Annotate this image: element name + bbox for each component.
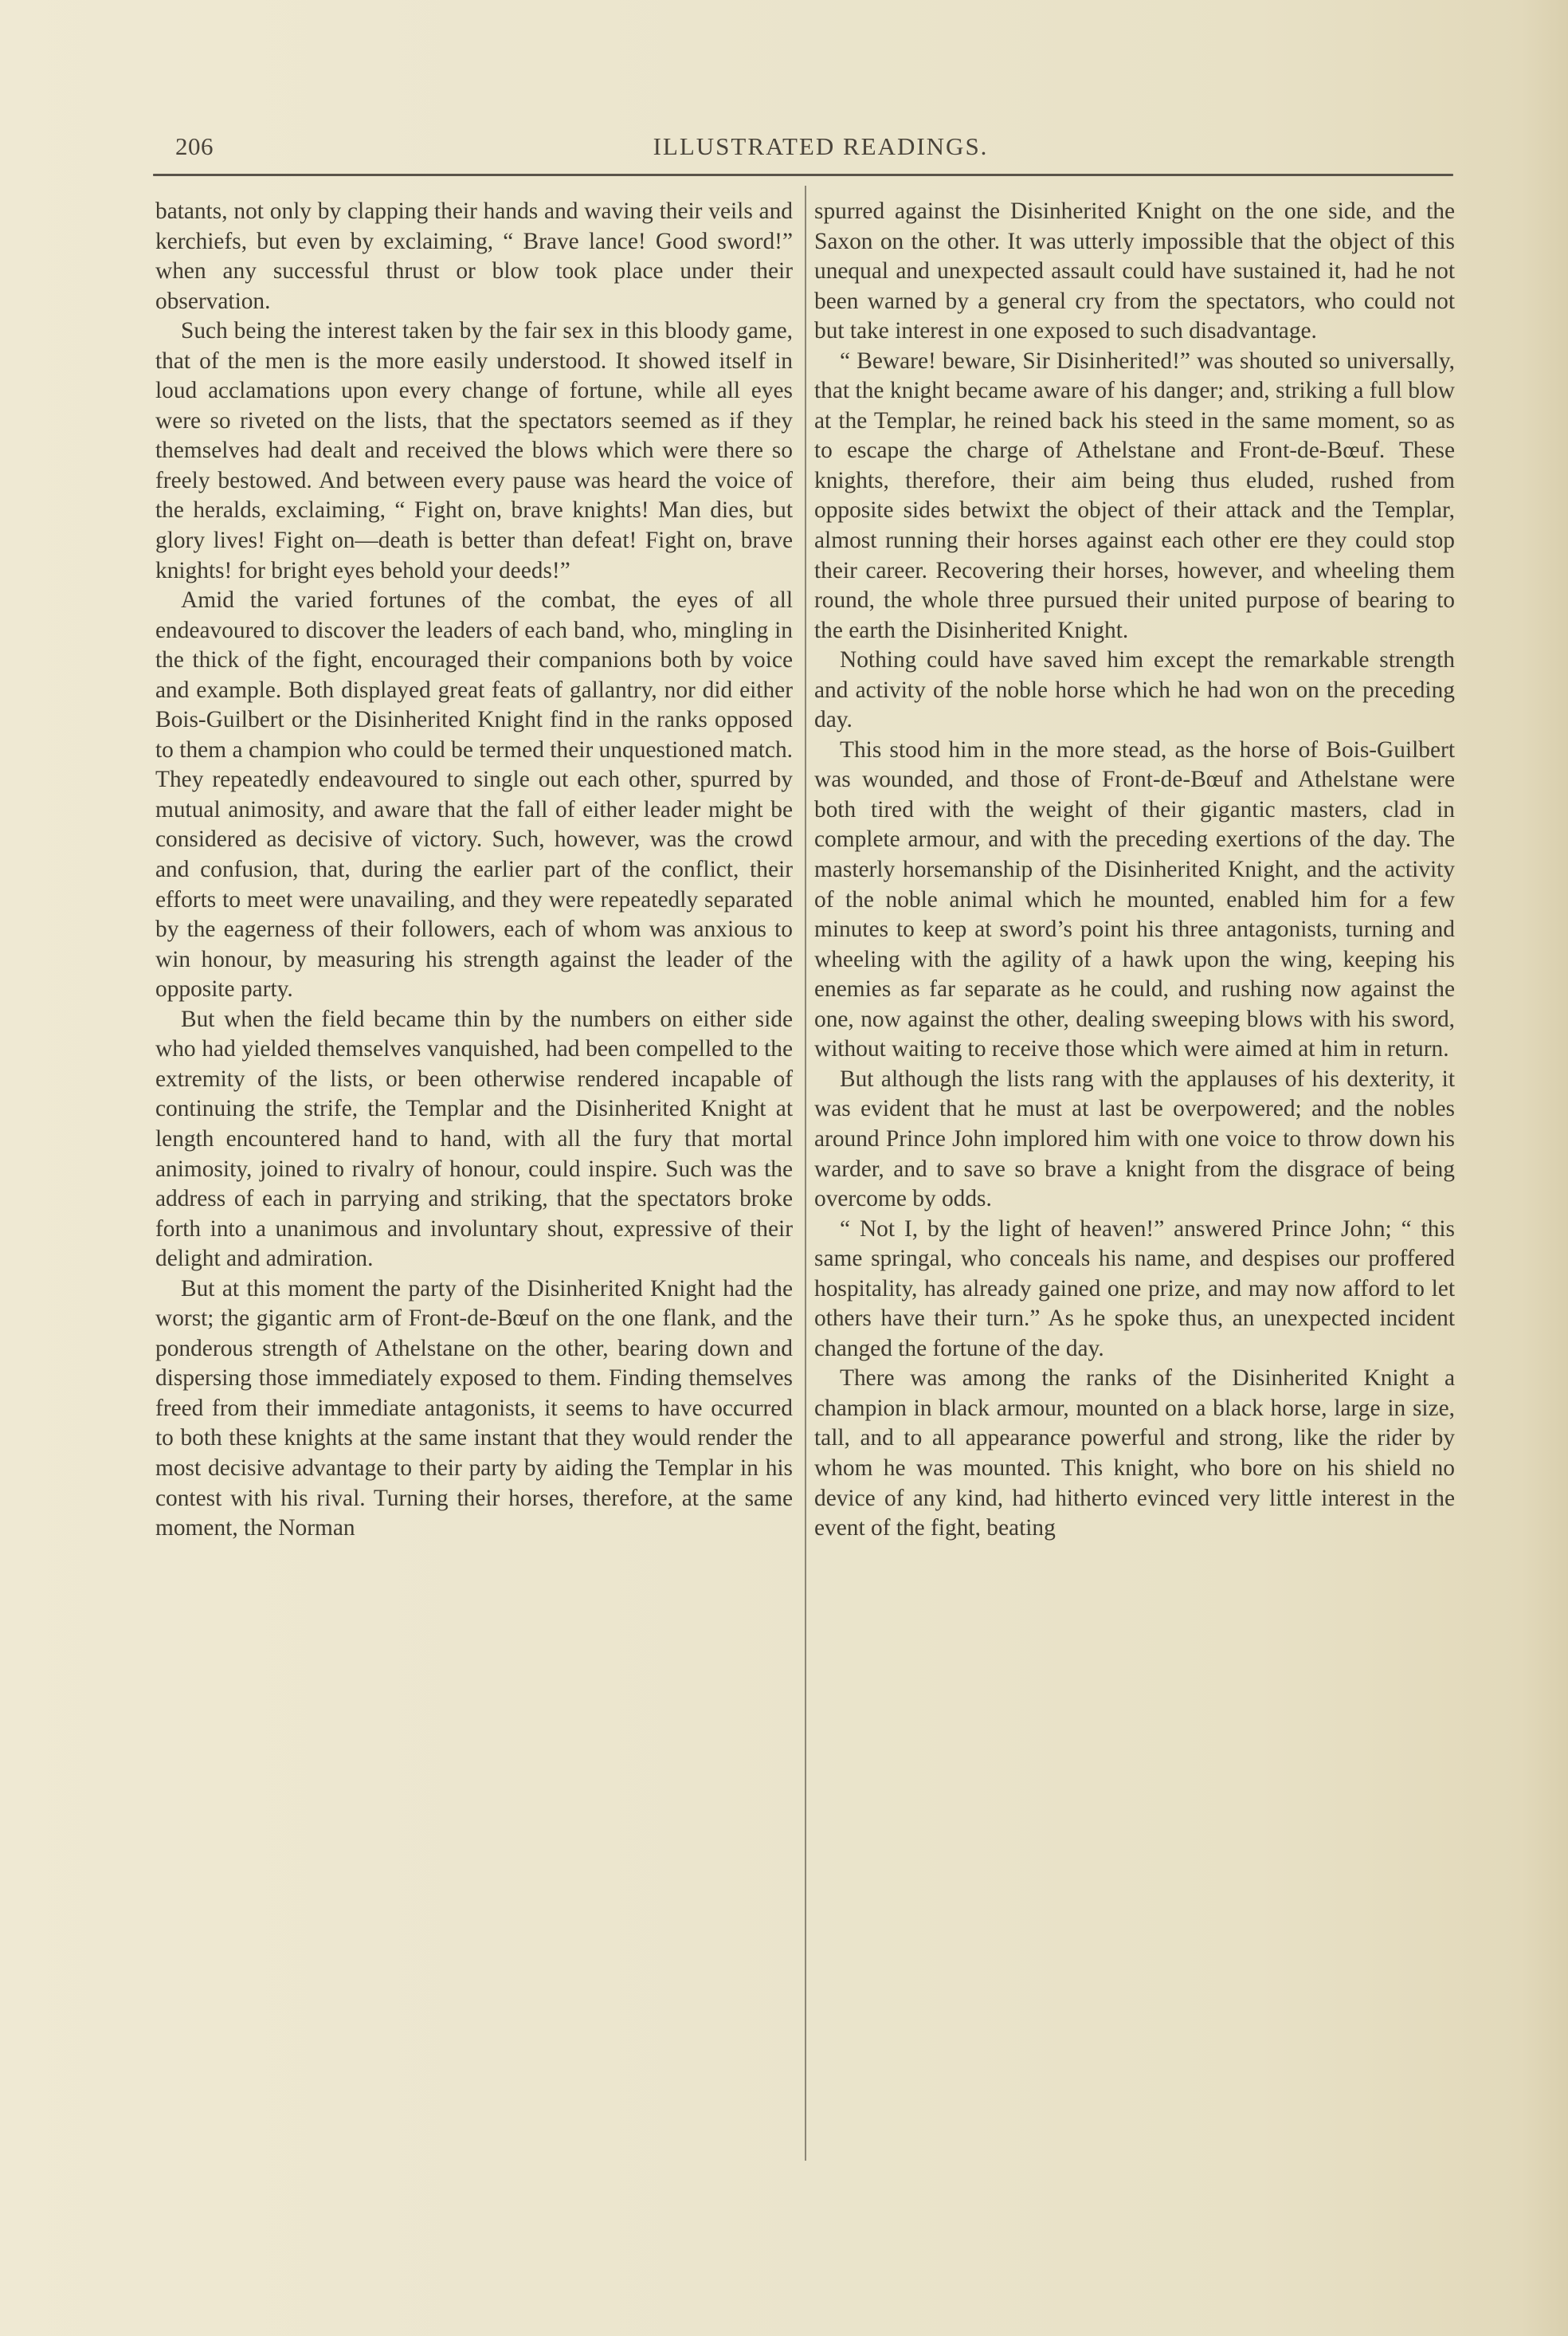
running-title: ILLUSTRATED READINGS. [175,132,1450,161]
paragraph: There was among the ranks of the Disinhe… [814,1364,1455,1543]
column-divider [805,186,806,2161]
paragraph: “ Beware! beware, Sir Disinherited!” was… [814,347,1455,646]
page-header: 206 ILLUSTRATED READINGS. [175,128,1450,166]
right-column: spurred against the Disinherited Knight … [814,197,1455,1544]
left-column: batants, not only by clapping their hand… [155,197,793,1544]
paragraph: But although the lists rang with the app… [814,1065,1455,1215]
paragraph: batants, not only by clapping their hand… [155,197,793,316]
paragraph: Amid the varied fortunes of the combat, … [155,586,793,1005]
paragraph: Nothing could have saved him except the … [814,646,1455,736]
paragraph: But when the field became thin by the nu… [155,1005,793,1274]
paragraph: Such being the interest taken by the fai… [155,316,793,586]
header-rule [153,174,1453,176]
paragraph: spurred against the Disinherited Knight … [814,197,1455,347]
paragraph: But at this moment the party of the Disi… [155,1274,793,1544]
paragraph: “ Not I, by the light of heaven!” answer… [814,1215,1455,1364]
paragraph: This stood him in the more stead, as the… [814,736,1455,1065]
